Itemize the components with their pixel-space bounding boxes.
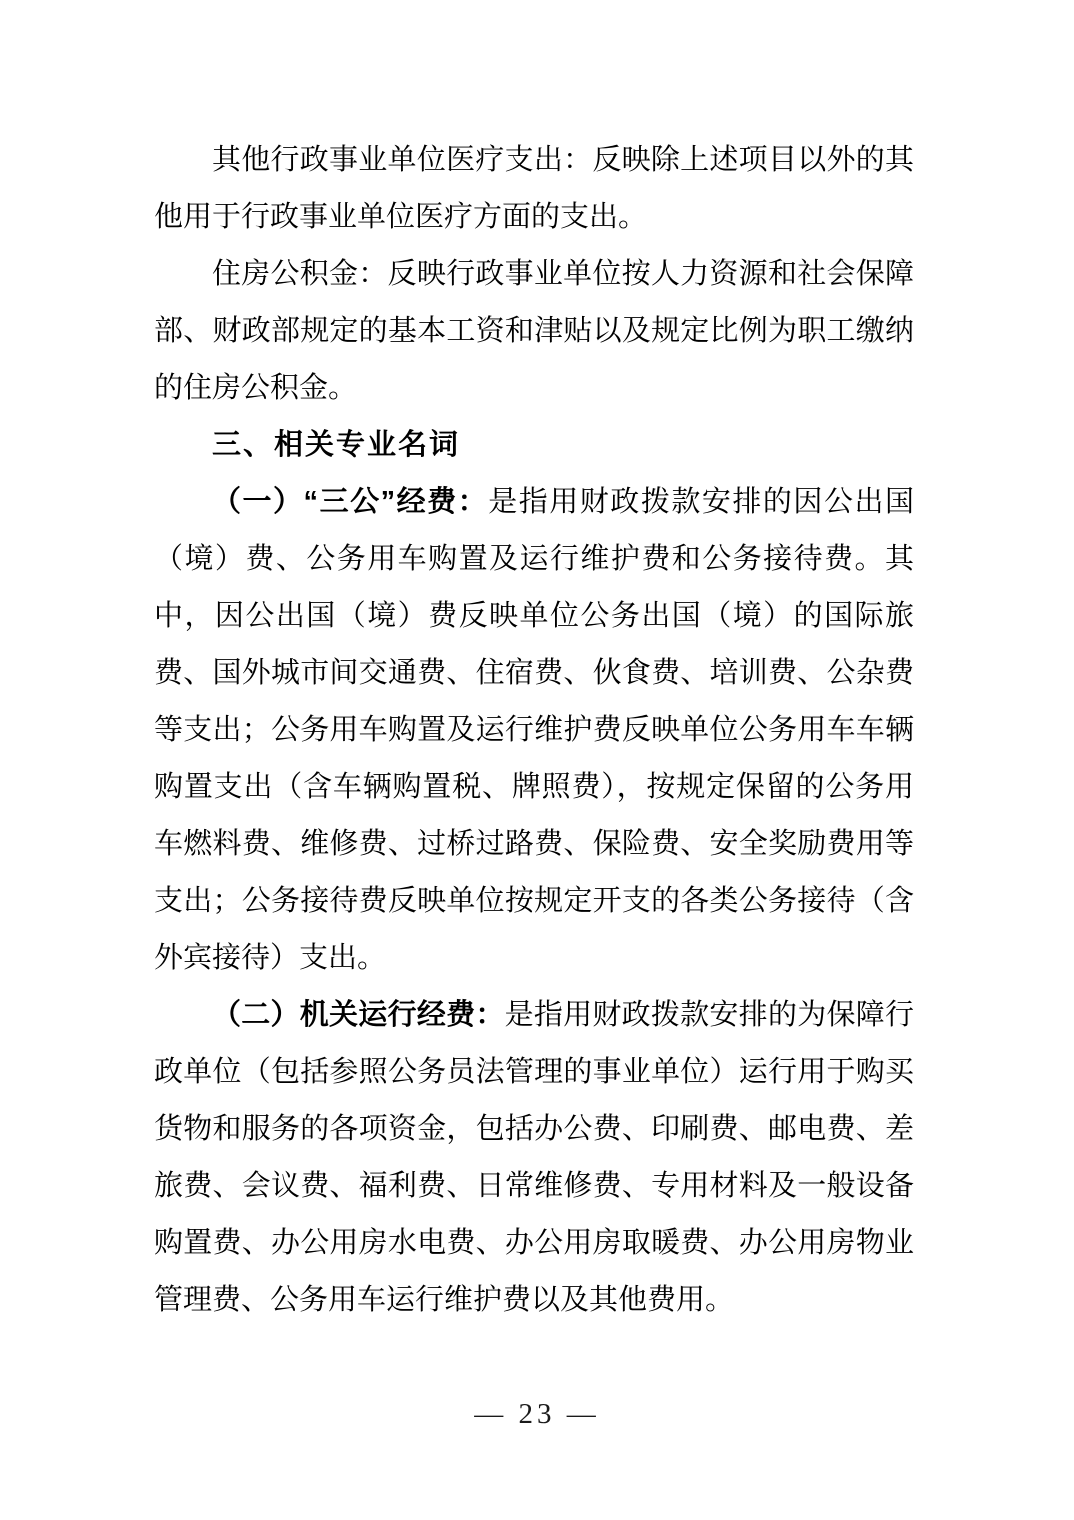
paragraph: （二）机关运行经费：是指用财政拨款安排的为保障行政单位（包括参照公务员法管理的事… (154, 987, 914, 1329)
paragraph: 其他行政事业单位医疗支出：反映除上述项目以外的其他用于行政事业单位医疗方面的支出… (154, 132, 914, 246)
page-footer: — 23 — (0, 1398, 1074, 1431)
section-heading: 三、相关专业名词 (154, 417, 914, 474)
paragraph-lead: （二）机关运行经费： (212, 999, 505, 1031)
document-page: 其他行政事业单位医疗支出：反映除上述项目以外的其他用于行政事业单位医疗方面的支出… (0, 0, 1074, 1520)
document-content: 其他行政事业单位医疗支出：反映除上述项目以外的其他用于行政事业单位医疗方面的支出… (154, 132, 914, 1329)
paragraph: 住房公积金：反映行政事业单位按人力资源和社会保障部、财政部规定的基本工资和津贴以… (154, 246, 914, 417)
paragraph: （一）“三公”经费：是指用财政拨款安排的因公出国（境）费、公务用车购置及运行维护… (154, 474, 914, 987)
paragraph-lead: （一）“三公”经费： (212, 486, 488, 518)
page-number: — 23 — (474, 1398, 600, 1430)
